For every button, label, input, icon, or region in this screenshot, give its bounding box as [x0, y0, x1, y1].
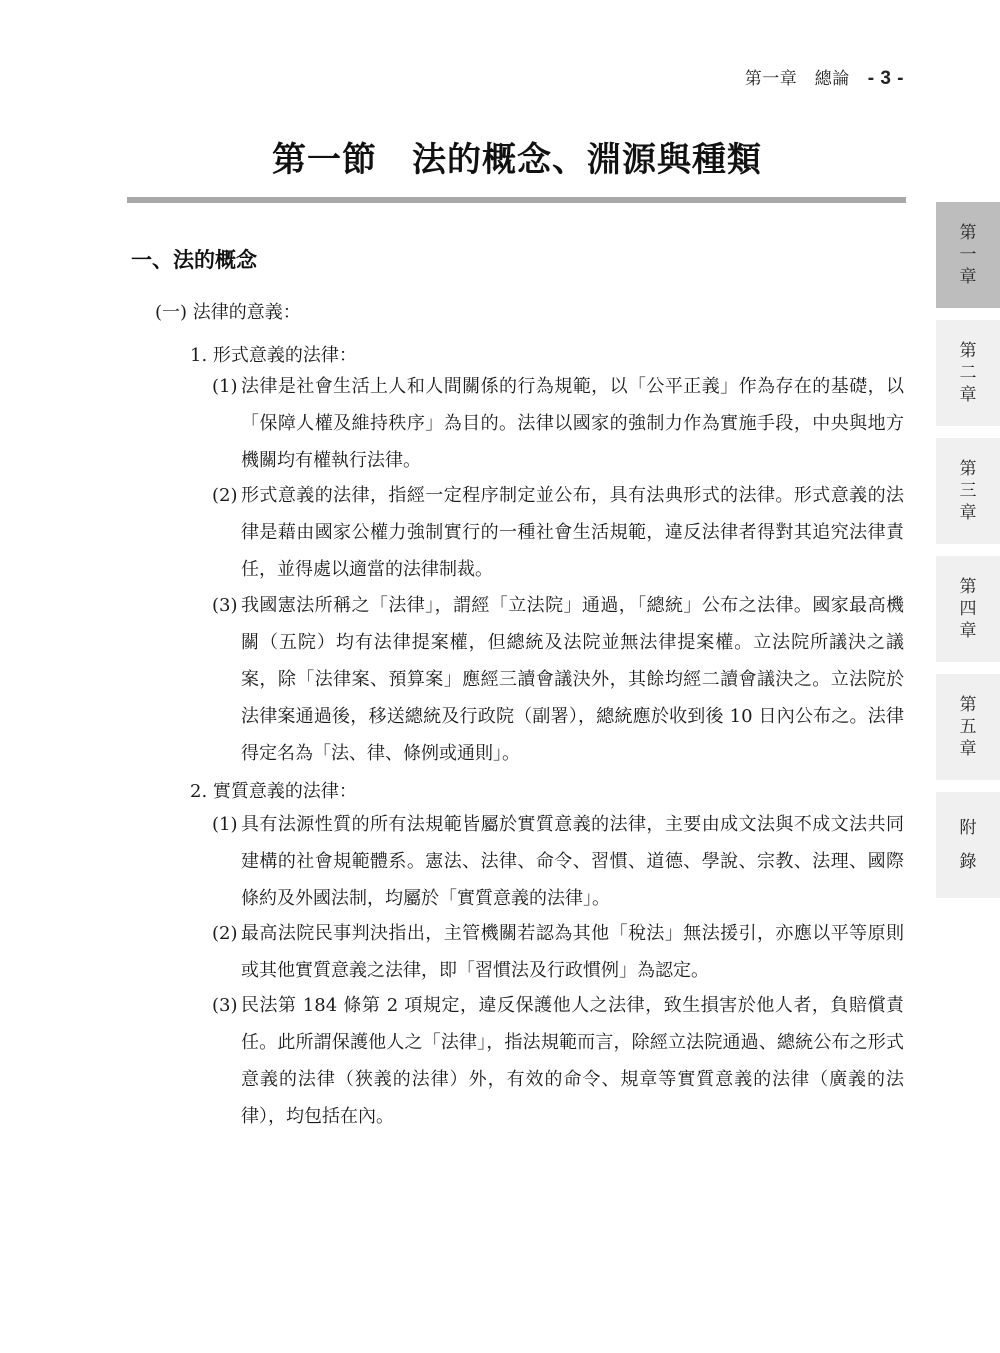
paragraph-text: 民法第 184 條第 2 項規定，違反保護他人之法律，致生損害於他人者，負賠償責…	[212, 987, 904, 1135]
item-number: (1)	[212, 806, 238, 843]
tab-chapter-2[interactable]: 第 二 章	[936, 320, 1000, 426]
tab-char: 附	[960, 817, 977, 839]
item-number: (3)	[212, 587, 238, 624]
tab-char: 章	[960, 266, 977, 288]
paragraph-text: 我國憲法所稱之「法律」，謂經「立法院」通過，「總統」公布之法律。國家最高機關（五…	[212, 587, 904, 772]
tab-char: 章	[960, 738, 977, 760]
tab-appendix[interactable]: 附 錄	[936, 792, 1000, 898]
paragraph: (1) 法律是社會生活上人和人間關係的行為規範，以「公平正義」作為存在的基礎，以…	[212, 368, 904, 479]
item-number: (2)	[212, 477, 238, 514]
tab-chapter-3[interactable]: 第 三 章	[936, 438, 1000, 544]
section-title: 第一節 法的概念、淵源與種類	[0, 132, 1000, 181]
running-head-chapter: 第一章 總論	[745, 69, 850, 89]
tab-char: 章	[960, 502, 977, 524]
tab-chapter-5[interactable]: 第 五 章	[936, 674, 1000, 780]
paragraph: (2) 形式意義的法律，指經一定程序制定並公布，具有法典形式的法律。形式意義的法…	[212, 477, 904, 588]
heading-law-concept: 一、法的概念	[131, 244, 257, 274]
tab-char: 第	[960, 694, 977, 716]
title-divider	[127, 197, 906, 203]
tab-char: 五	[960, 716, 977, 738]
tab-char: 錄	[960, 851, 977, 873]
subsection-substantive-label: 2. 實質意義的法律：	[190, 777, 357, 803]
item-number: (3)	[212, 987, 238, 1024]
tab-char: 一	[960, 244, 977, 266]
tab-char: 二	[960, 362, 977, 384]
paragraph-text: 形式意義的法律，指經一定程序制定並公布，具有法典形式的法律。形式意義的法律是藉由…	[212, 477, 904, 588]
tab-chapter-4[interactable]: 第 四 章	[936, 556, 1000, 662]
running-head: 第一章 總論- 3 -	[745, 64, 904, 90]
subsection-formal-label: 1. 形式意義的法律：	[190, 341, 357, 367]
tab-char: 第	[960, 222, 977, 244]
tab-char: 第	[960, 576, 977, 598]
tab-char: 四	[960, 598, 977, 620]
paragraph: (3) 我國憲法所稱之「法律」，謂經「立法院」通過，「總統」公布之法律。國家最高…	[212, 587, 904, 772]
tab-char: 章	[960, 620, 977, 642]
item-number: (1)	[212, 368, 238, 405]
heading-law-meaning: (一) 法律的意義：	[155, 298, 301, 324]
paragraph-text: 具有法源性質的所有法規範皆屬於實質意義的法律，主要由成文法與不成文法共同建構的社…	[212, 806, 904, 917]
tab-char: 第	[960, 458, 977, 480]
page-number: - 3 -	[868, 68, 904, 89]
tab-char: 章	[960, 384, 977, 406]
tab-char: 第	[960, 340, 977, 362]
tab-char: 三	[960, 480, 977, 502]
tab-chapter-1[interactable]: 第 一 章	[936, 202, 1000, 308]
paragraph: (1) 具有法源性質的所有法規範皆屬於實質意義的法律，主要由成文法與不成文法共同…	[212, 806, 904, 917]
paragraph-text: 最高法院民事判決指出，主管機關若認為其他「稅法」無法援引，亦應以平等原則或其他實…	[212, 915, 904, 989]
item-number: (2)	[212, 915, 238, 952]
paragraph-text: 法律是社會生活上人和人間關係的行為規範，以「公平正義」作為存在的基礎，以「保障人…	[212, 368, 904, 479]
paragraph: (2) 最高法院民事判決指出，主管機關若認為其他「稅法」無法援引，亦應以平等原則…	[212, 915, 904, 989]
paragraph: (3) 民法第 184 條第 2 項規定，違反保護他人之法律，致生損害於他人者，…	[212, 987, 904, 1135]
